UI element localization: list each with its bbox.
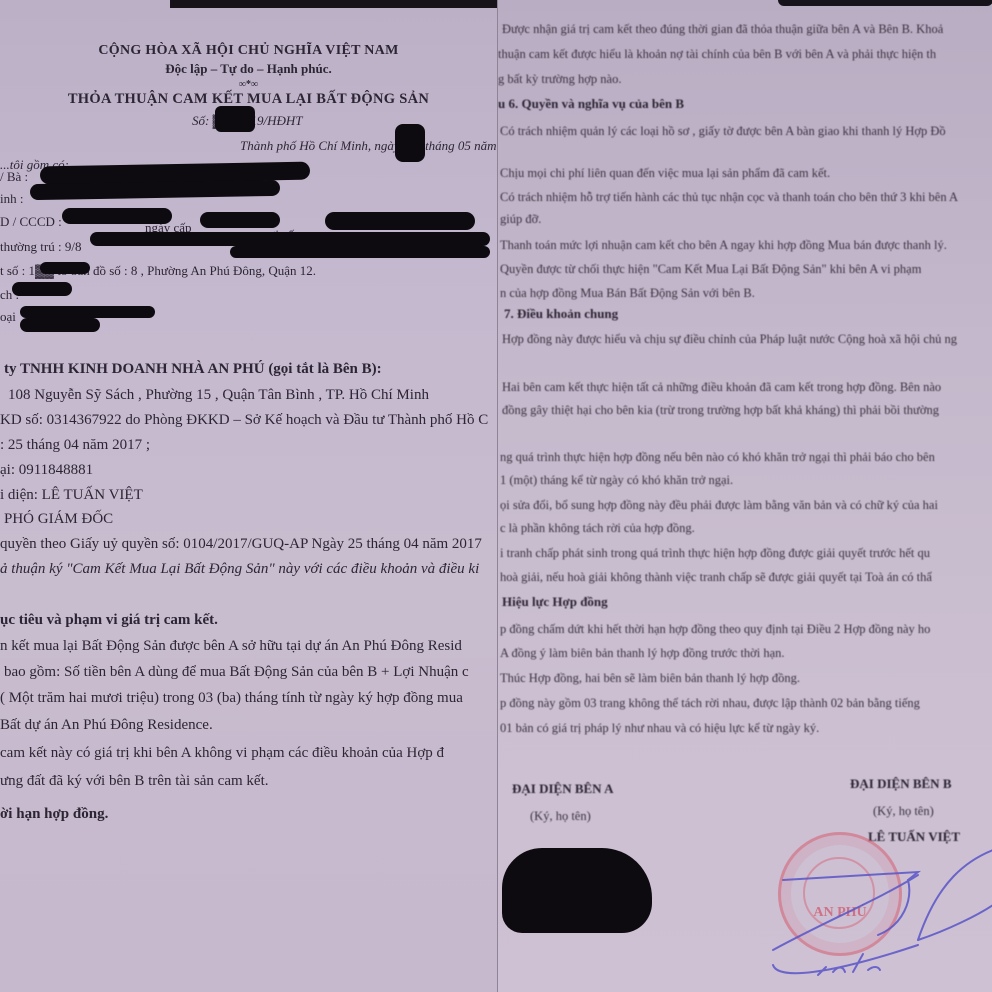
party-b-representative: i diện: LÊ TUẤN VIỆT [0,486,143,504]
place-date: Thành phố Hồ Chí Minh, ngày ▓▓ tháng 05 … [240,137,497,155]
left-page: CỘNG HÒA XÃ HỘI CHỦ NGHĨA VIỆT NAM Độc l… [0,0,497,992]
party-b-business-reg: KD số: 0314367922 do Phòng ĐKKD – Sở Kế … [0,411,488,429]
party-b-company: ty TNHH KINH DOANH NHÀ AN PHÚ (gọi tắt l… [4,360,382,378]
section-1-line: bao gồm: Số tiền bên A dùng để mua Bất Đ… [4,663,469,681]
party-a-address-label: thường trú : 9/8 [0,238,81,256]
party-b-phone: ại: 0911848881 [0,461,93,479]
section-2-heading: ời hạn hợp đồng. [0,805,108,823]
redaction-mark [62,208,172,224]
national-heading: CỘNG HÒA XÃ HỘI CHỦ NGHĨA VIỆT NAM [0,42,497,60]
redaction-mark [215,106,255,132]
right-page: Được nhận giá trị cam kết theo đúng thời… [497,0,992,992]
redaction-mark [20,306,155,318]
redaction-mark [230,246,490,258]
section-1-line: Bất dự án An Phú Đông Residence. [0,716,213,734]
party-b-reg-date: : 25 tháng 04 năm 2017 ; [0,436,150,454]
party-a-phone-label: oại [0,308,16,326]
page-shadow [170,0,497,8]
section-1-heading: ục tiêu và phạm vi giá trị cam kết. [0,611,218,629]
party-b-position: PHÓ GIÁM ĐỐC [4,510,113,528]
redaction-mark [90,232,490,246]
redaction-mark [200,212,280,228]
redaction-mark [325,212,475,230]
party-a-birth-label: inh : [0,190,23,208]
party-b-authorization: quyền theo Giấy uỷ quyền số: 0104/2017/G… [0,535,482,553]
handwritten-signature [498,0,992,992]
redaction-mark [395,124,425,162]
section-1-line: ưng đất đã ký với bên B trên tài sản cam… [0,772,269,790]
section-1-line: cam kết này có giá trị khi bên A không v… [0,744,444,762]
redaction-mark [40,262,90,274]
party-a-name-label: / Bà : [0,168,28,186]
redaction-mark [20,318,100,332]
redaction-mark [12,282,72,296]
section-1-line: n kết mua lại Bất Động Sản được bên A sở… [0,637,462,655]
redaction-mark [30,180,280,200]
section-1-line: ( Một trăm hai mươi triệu) trong 03 (ba)… [0,689,463,707]
agreement-statement: ả thuận ký "Cam Kết Mua Lại Bất Động Sản… [0,560,479,578]
party-b-address: 108 Nguyễn Sỹ Sách , Phường 15 , Quận Tâ… [8,386,429,404]
party-a-id-label: D / CCCD : [0,213,62,231]
